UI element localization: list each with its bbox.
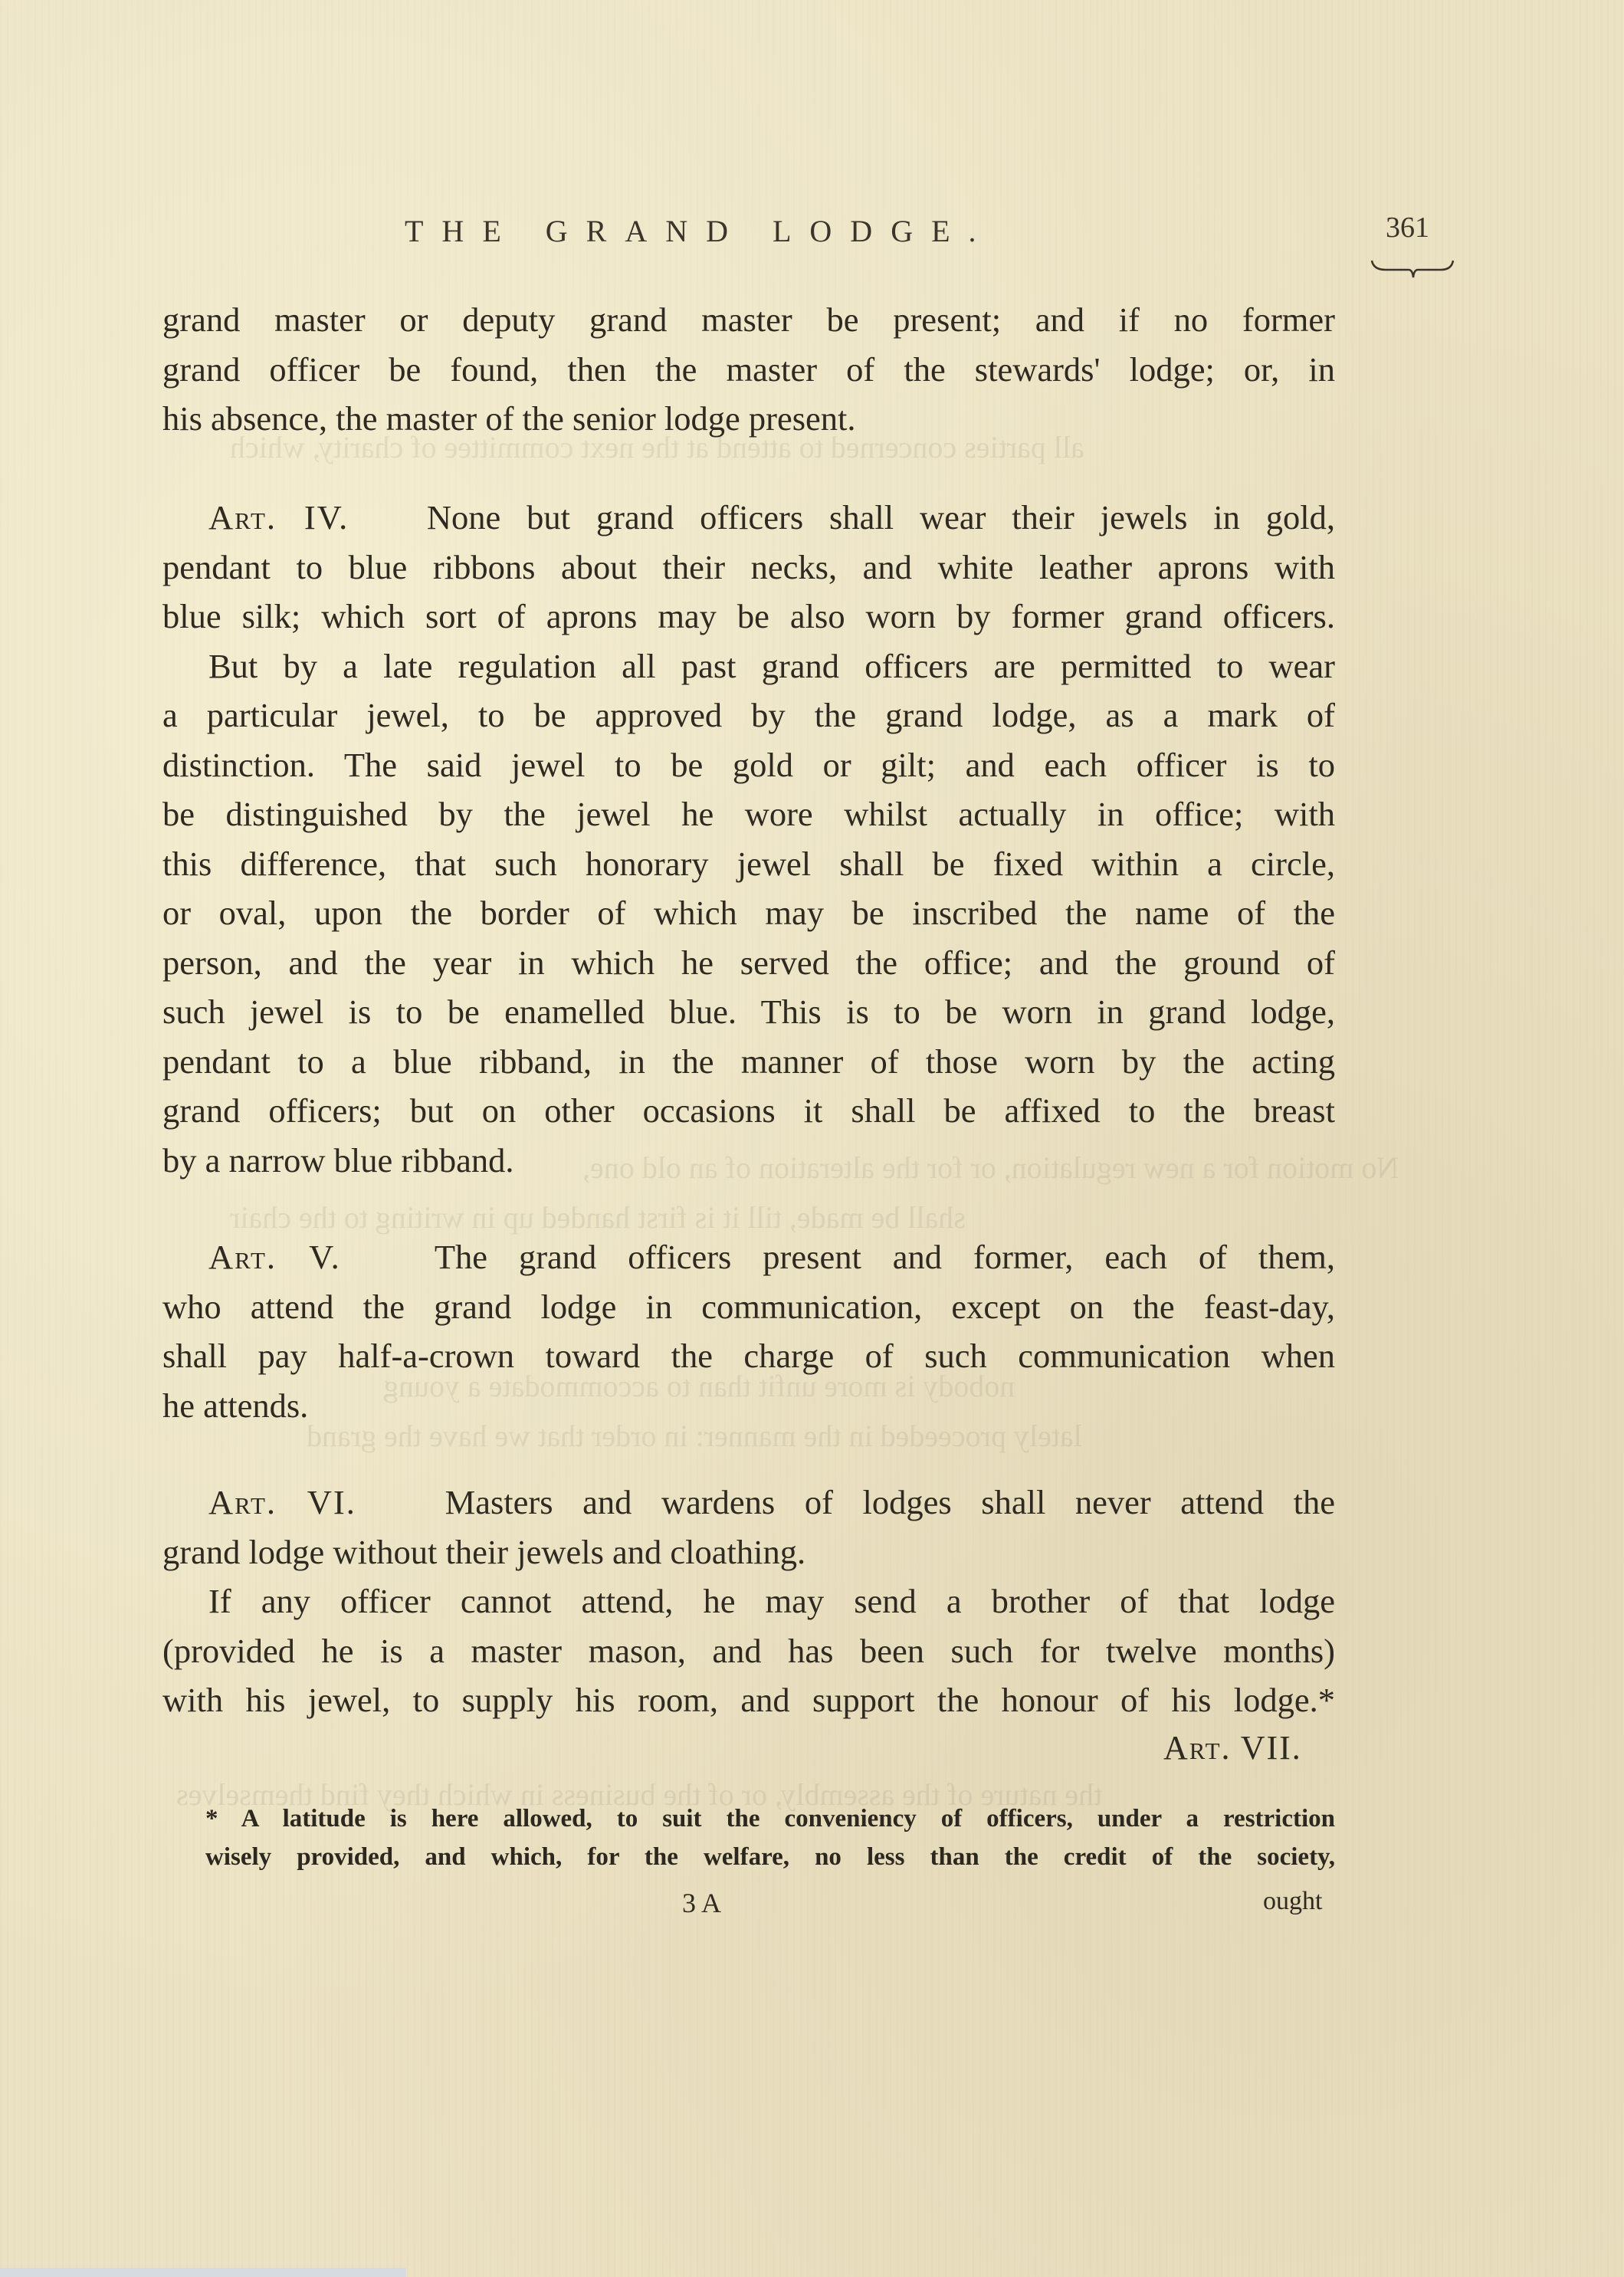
text-line: a particular jewel, to be approved by th… (162, 691, 1335, 740)
text-line: who attend the grand lodge in communicat… (162, 1282, 1335, 1332)
text-line: pendant to blue ribbons about their neck… (162, 543, 1335, 592)
article-vi: Art. VI. Masters and wardens of lodges s… (162, 1478, 1335, 1725)
signature-mark: 3 A (682, 1887, 721, 1919)
text-line: (provided he is a master mason, and has … (162, 1626, 1335, 1676)
text-line: he attends. (162, 1381, 1335, 1431)
intro-paragraph: grand master or deputy grand master be p… (162, 295, 1335, 444)
text-line: grand officers; but on other occasions i… (162, 1086, 1335, 1136)
article-iv: Art. IV. None but grand officers shall w… (162, 493, 1335, 1185)
text-line: If any officer cannot attend, he may sen… (162, 1577, 1335, 1626)
article-first-line: Art. IV. None but grand officers shall w… (162, 493, 1335, 543)
footnote: * A latitude is here allowed, to suit th… (205, 1800, 1335, 1876)
text-line: be distinguished by the jewel he wore wh… (162, 789, 1335, 839)
article-label: Art. V. (208, 1238, 341, 1276)
next-article-label: Art. VII. (1163, 1728, 1302, 1767)
article-v: Art. V. The grand officers present and f… (162, 1232, 1335, 1430)
text-line: or oval, upon the border of which may be… (162, 888, 1335, 938)
text-line: pendant to a blue ribband, in the manner… (162, 1037, 1335, 1087)
catchword: ought (1263, 1887, 1322, 1916)
running-head: THE GRAND LODGE. (405, 213, 995, 249)
footnote-line: wisely provided, and which, for the welf… (205, 1838, 1335, 1876)
text-line: grand lodge without their jewels and clo… (162, 1527, 1335, 1577)
article-text: None but grand officers shall wear their… (427, 498, 1335, 536)
text-line: distinction. The said jewel to be gold o… (162, 740, 1335, 790)
article-first-line: Art. VI. Masters and wardens of lodges s… (162, 1478, 1335, 1527)
article-first-line: Art. V. The grand officers present and f… (162, 1232, 1335, 1282)
scan-edge-strip (0, 2268, 406, 2277)
book-page: all parties concerned to attend at the n… (0, 0, 1624, 2277)
footnote-line: * A latitude is here allowed, to suit th… (205, 1800, 1335, 1838)
page-number: 361 (1386, 211, 1429, 244)
text-line: his absence, the master of the senior lo… (162, 394, 1335, 444)
text-line: such jewel is to be enamelled blue. This… (162, 987, 1335, 1037)
article-label: Art. IV. (208, 498, 349, 536)
text-line: person, and the year in which he served … (162, 938, 1335, 988)
text-line: by a narrow blue ribband. (162, 1136, 1335, 1186)
brace-ornament-icon (1370, 259, 1455, 281)
article-text: Masters and wardens of lodges shall neve… (445, 1483, 1335, 1521)
text-line: grand officer be found, then the master … (162, 345, 1335, 395)
show-through-text: shall be made, till it is first handed u… (230, 1199, 966, 1235)
text-line: with his jewel, to supply his room, and … (162, 1675, 1335, 1725)
text-line: blue silk; which sort of aprons may be a… (162, 592, 1335, 641)
text-line: shall pay half-a-crown toward the charge… (162, 1331, 1335, 1381)
article-label: Art. VI. (208, 1483, 356, 1521)
text-line: But by a late regulation all past grand … (162, 641, 1335, 691)
text-line: grand master or deputy grand master be p… (162, 295, 1335, 345)
text-line: this difference, that such honorary jewe… (162, 839, 1335, 889)
article-text: The grand officers present and former, e… (435, 1238, 1335, 1276)
